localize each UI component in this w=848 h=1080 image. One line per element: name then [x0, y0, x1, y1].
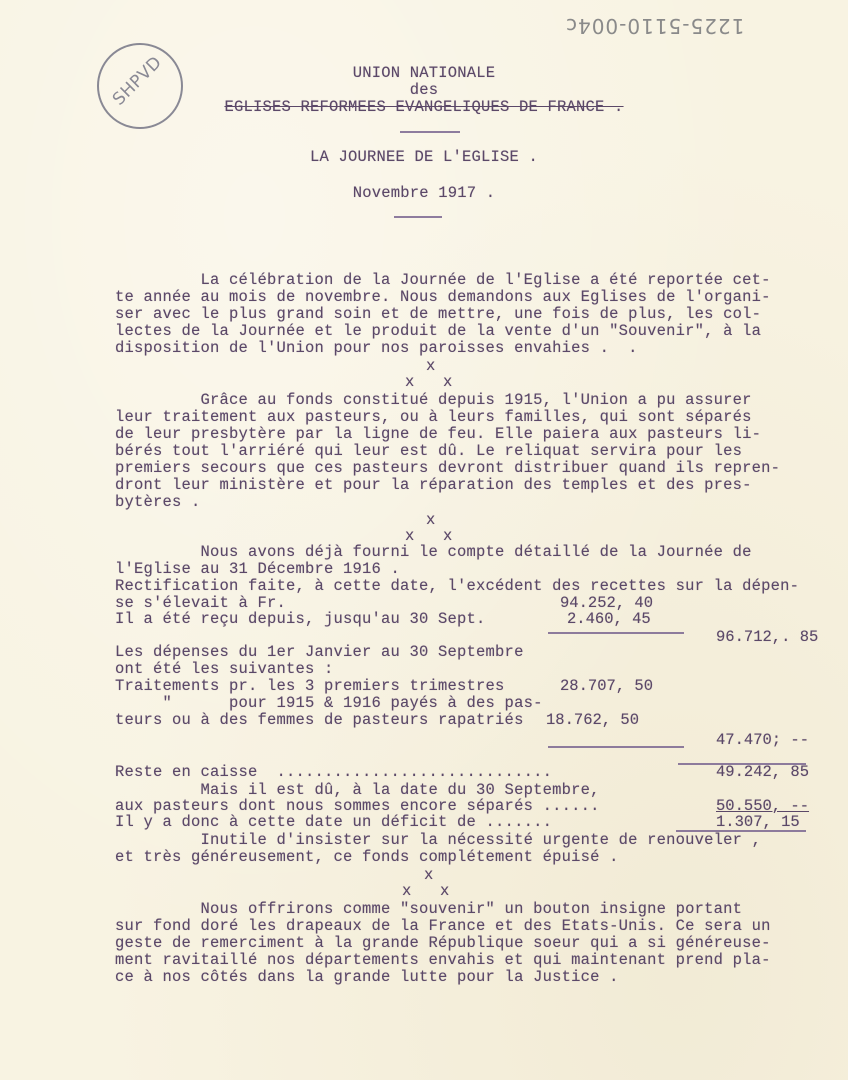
header-divider: [400, 131, 460, 133]
text-line: sur fond doré les drapeaux de la France …: [115, 917, 771, 935]
document-date: Novembre 1917 .: [0, 184, 848, 202]
text-line: ce à nos côtés dans la grande lutte pour…: [115, 968, 619, 986]
balance-label: Reste en caisse ........................…: [115, 763, 552, 781]
header-union-nationale: UNION NATIONALE: [0, 64, 848, 82]
text-line: disposition de l'Union pour nos paroisse…: [115, 339, 638, 357]
text-line: premiers secours que ces pasteurs devron…: [115, 459, 780, 477]
archive-reference-handwritten: 1225-5110-004c: [565, 14, 744, 38]
separator-xx: x x: [402, 882, 450, 900]
header-eglises: EGLISES REFORMEES EVANGELIQUES DE FRANCE…: [0, 98, 848, 116]
text-line: bérés tout l'arriéré qui leur est dû. Le…: [115, 442, 742, 460]
text-line: La célébration de la Journée de l'Eglise…: [115, 271, 771, 289]
sum-rule: [548, 746, 684, 748]
text-line: Rectification faite, à cette date, l'exc…: [115, 577, 799, 595]
expenses-total: 47.470; --: [716, 731, 809, 749]
text-line: Grâce au fonds constitué depuis 1915, l'…: [115, 391, 752, 409]
text-line: de leur presbytère par la ligne de feu. …: [115, 425, 761, 443]
receipts-total: 96.712,. 85: [716, 628, 818, 646]
header-des: des: [0, 81, 848, 99]
text-line: Les dépenses du 1er Janvier au 30 Septem…: [115, 643, 524, 661]
deficit-amount: 1.307, 15: [716, 813, 800, 831]
deficit-label: Il y a donc à cette date un déficit de .…: [115, 813, 552, 831]
expense-amount: 28.707, 50: [560, 677, 653, 695]
sum-rule: [548, 632, 684, 634]
document-title: LA JOURNEE DE L'EGLISE .: [0, 148, 848, 166]
text-line: Nous offrirons comme "souvenir" un bouto…: [115, 900, 742, 918]
text-line: ser avec le plus grand soin et de mettre…: [115, 305, 761, 323]
text-line: te année au mois de novembre. Nous deman…: [115, 288, 771, 306]
text-line: geste de remerciment à la grande Républi…: [115, 934, 771, 952]
text-line: leur traitement aux pasteurs, ou à leurs…: [115, 408, 752, 426]
account-row-label: Il a été reçu depuis, jusqu'au 30 Sept.: [115, 610, 486, 628]
separator-xx: x x: [405, 373, 453, 391]
text-line: ment ravitaillé nos départements envahis…: [115, 951, 771, 969]
text-line: Nous avons déjà fourni le compte détaill…: [115, 543, 752, 561]
expense-amount: 18.762, 50: [546, 711, 639, 729]
date-divider: [394, 216, 442, 218]
expense-label: teurs ou à des femmes de pasteurs rapatr…: [115, 711, 524, 729]
text-line: et très généreusement, ce fonds compléte…: [115, 848, 619, 866]
text-line: dront leur ministère et pour la réparati…: [115, 476, 752, 494]
expense-label: " pour 1915 & 1916 payés à des pas-: [115, 694, 543, 712]
expense-label: Traitements pr. les 3 premiers trimestre…: [115, 677, 505, 695]
balance-amount: 49.242, 85: [716, 763, 809, 781]
text-line: l'Eglise au 31 Décembre 1916 .: [115, 560, 400, 578]
text-line: ont été les suivantes :: [115, 660, 334, 678]
text-line: bytères .: [115, 493, 201, 511]
text-line: lectes de la Journée et le produit de la…: [115, 322, 761, 340]
text-line: Inutile d'insister sur la nécessité urge…: [115, 831, 761, 849]
account-row-amount: 2.460, 45: [567, 610, 651, 628]
